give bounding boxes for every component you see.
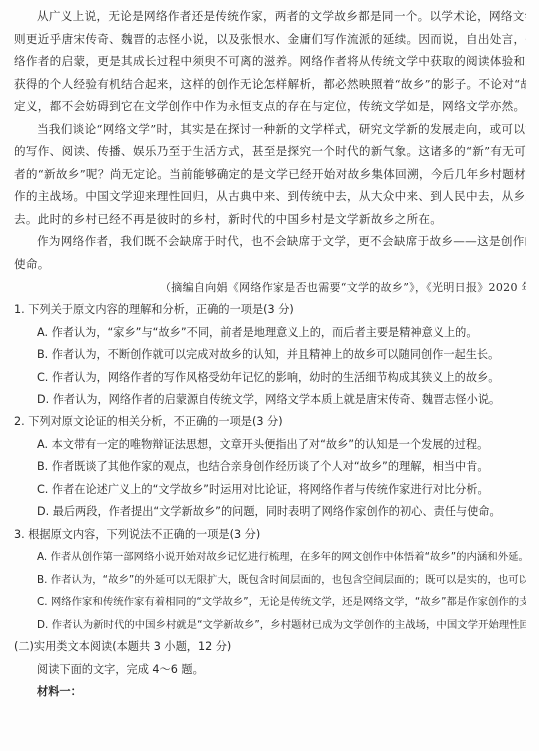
section-instruction: 阅读下面的文字，完成 4～6 题。	[37, 662, 526, 678]
passage-line: 定义，都不会妨碍到它在文学创作中作为永恒支点的存在与定位，传统文学如是，网络文学…	[14, 98, 526, 114]
passage-line: 去。此时的乡村已经不再是彼时的乡村，新时代的中国乡村是文学新故乡之所在。	[14, 211, 526, 227]
passage-line: 使命。	[14, 256, 526, 272]
option-d: D. 最后两段，作者提出“文学新故乡”的问题，同时表明了网络作家创作的初心、责任…	[37, 504, 526, 520]
option-d: D. 作者认为，网络作者的启蒙源自传统文学，网络文学本质上就是唐宋传奇、魏晋志怪…	[37, 392, 526, 408]
option-c: C. 作者在论述广义上的“文学故乡”时运用对比论证，将网络作者与传统作家进行对比…	[37, 482, 526, 498]
option-c: C. 网络作家和传统作家有着相同的“文学故乡”，无论是传统文学，还是网络文学，“…	[37, 594, 526, 610]
passage-line: 作的主战场。中国文学迎来理性回归，从古典中来、到传统中去，从大众中来、到人民中去…	[14, 188, 526, 204]
option-b: B. 作者既谈了其他作家的观点，也结合亲身创作经历谈了个人对“故乡”的理解，相当…	[37, 459, 526, 475]
section-heading: (二)实用类文本阅读(本题共 3 小题，12 分)	[14, 639, 526, 655]
passage-line: 当我们谈论“网络文学”时，其实是在探讨一种新的文学样式，研究文学新的发展走向，或…	[37, 121, 526, 137]
exam-page: 从广义上说，无论是网络作者还是传统作家，两者的文学故乡都是同一个。以学术论，网络…	[0, 0, 539, 751]
source-citation: （摘编自向娟《网络作家是否也需要“文学的故乡”》，《光明日报》2020 年 8 …	[160, 280, 526, 296]
passage-line: 作为网络作者，我们既不会缺席于时代，也不会缺席于文学，更不会缺席于故乡——这是创…	[37, 233, 526, 249]
option-d: D. 作者认为新时代的中国乡村就是“文学新故乡”，乡村题材已成为文学创作的主战场…	[37, 617, 526, 633]
passage-line: 者的“新故乡”呢？尚无定论。当前能够确定的是文学已经开始对故乡集体回溯，今后几年…	[14, 166, 526, 182]
option-b: B. 作者认为，“故乡”的外延可以无限扩大，既包含时间层面的，也包含空间层面的；…	[37, 572, 526, 588]
question-stem: 2. 下列对原文论证的相关分析，不正确的一项是(3 分)	[14, 414, 526, 430]
passage-line: 从广义上说，无论是网络作者还是传统作家，两者的文学故乡都是同一个。以学术论，网络…	[37, 8, 526, 24]
question-stem: 1. 下列关于原文内容的理解和分析，正确的一项是(3 分)	[14, 302, 526, 318]
option-c: C. 作者认为，网络作者的写作风格受幼年记忆的影响，幼时的生活细节构成其狭义上的…	[37, 370, 526, 386]
passage-line: 络作者的启蒙，更是其成长过程中须臾不可离的滋养。网络作者将从传统文学中获取的阅读…	[14, 53, 526, 69]
passage-line: 则更近乎唐宋传奇、魏晋的志怪小说，以及张恨水、金庸们写作流派的延续。因而说，自出…	[14, 31, 526, 47]
option-a: A. 作者认为，“家乡”与“故乡”不同，前者是地理意义上的，而后者主要是精神意义…	[37, 325, 526, 341]
material-label: 材料一：	[37, 684, 526, 700]
option-a: A. 作者从创作第一部网络小说开始对故乡记忆进行梳理，在多年的网文创作中体悟着“…	[37, 549, 526, 565]
passage-line: 的写作、阅读、传播、娱乐乃至于生活方式，甚至是探究一个时代的新气象。这诸多的“新…	[14, 143, 526, 159]
question-stem: 3. 根据原文内容，下列说法不正确的一项是(3 分)	[14, 527, 526, 543]
option-b: B. 作者认为，不断创作就可以完成对故乡的认知，并且精神上的故乡可以随同创作一起…	[37, 347, 526, 363]
passage-line: 获得的个人经验有机结合起来，这样的创作无论怎样解析，都必然映照着“故乡”的影子。…	[14, 76, 526, 92]
option-a: A. 本文带有一定的唯物辩证法思想，文章开头便指出了对“故乡”的认知是一个发展的…	[37, 437, 526, 453]
